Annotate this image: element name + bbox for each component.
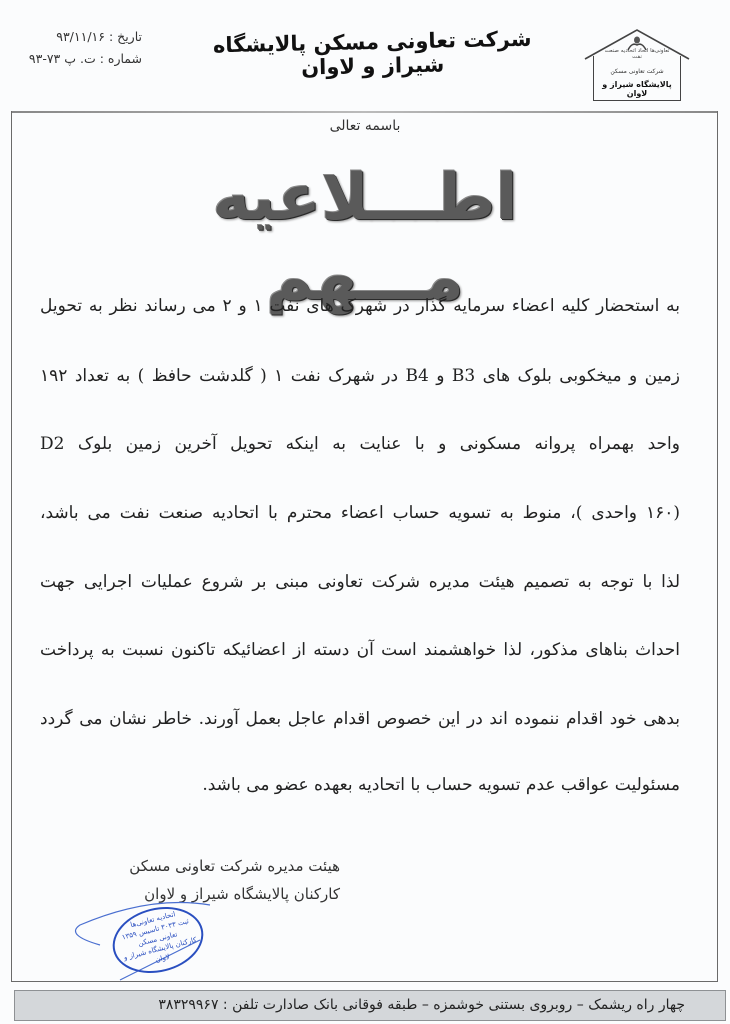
logo-body: شرکت تعاونی مسکن پالایشگاه شیراز و لاوان [593, 56, 681, 101]
invocation: باسمه تعالی [200, 118, 530, 134]
body-line-7: بدهی خود اقدام ننموده اند در این خصوص اق… [40, 709, 680, 729]
body-line-6: احداث بناهای مذکور، لذا خواهشمند است آن … [40, 640, 680, 660]
logo-line1: شرکت تعاونی مسکن [594, 68, 680, 75]
date-label: تاریخ : ۹۳/۱۱/۱۶ [20, 26, 142, 48]
reference-number: شماره : ت. پ ۷۳-۹۳ [20, 48, 142, 70]
body-line-2: زمین و میخکوبی بلوک های B3 و B4 در شهرک … [40, 366, 680, 386]
body-line-8: مسئولیت عواقب عدم تسویه حساب با اتحادیه … [40, 775, 680, 795]
footer-address: چهار راه ریشمک – روبروی بستنی خوشمزه – ط… [14, 990, 726, 1021]
body-line-1: به استحضار کلیه اعضاء سرمایه گذار در شهر… [40, 296, 680, 316]
body-line-3: واحد بهمراه پروانه مسکونی و با عنایت به … [40, 434, 680, 454]
company-logo: تعاونی‌ها اتحاد اتحادیه صنعت نفت شرکت تع… [583, 28, 691, 100]
announcement-title: اطـــلاعیه مـــهم [150, 158, 580, 318]
document-meta: تاریخ : ۹۳/۱۱/۱۶ شماره : ت. پ ۷۳-۹۳ [20, 26, 142, 70]
logo-line2: پالایشگاه شیراز و لاوان [594, 80, 680, 98]
body-line-5: لذا با توجه به تصمیم هیئت مدیره شرکت تعا… [40, 572, 680, 592]
signature-line-1: هیئت مدیره شرکت تعاونی مسکن [80, 852, 340, 880]
company-title: شرکت تعاونی مسکن پالایشگاه شیراز و لاوان [200, 26, 546, 81]
body-line-4: (۱۶۰ واحدی )، منوط به تسویه حساب اعضاء م… [40, 503, 680, 523]
